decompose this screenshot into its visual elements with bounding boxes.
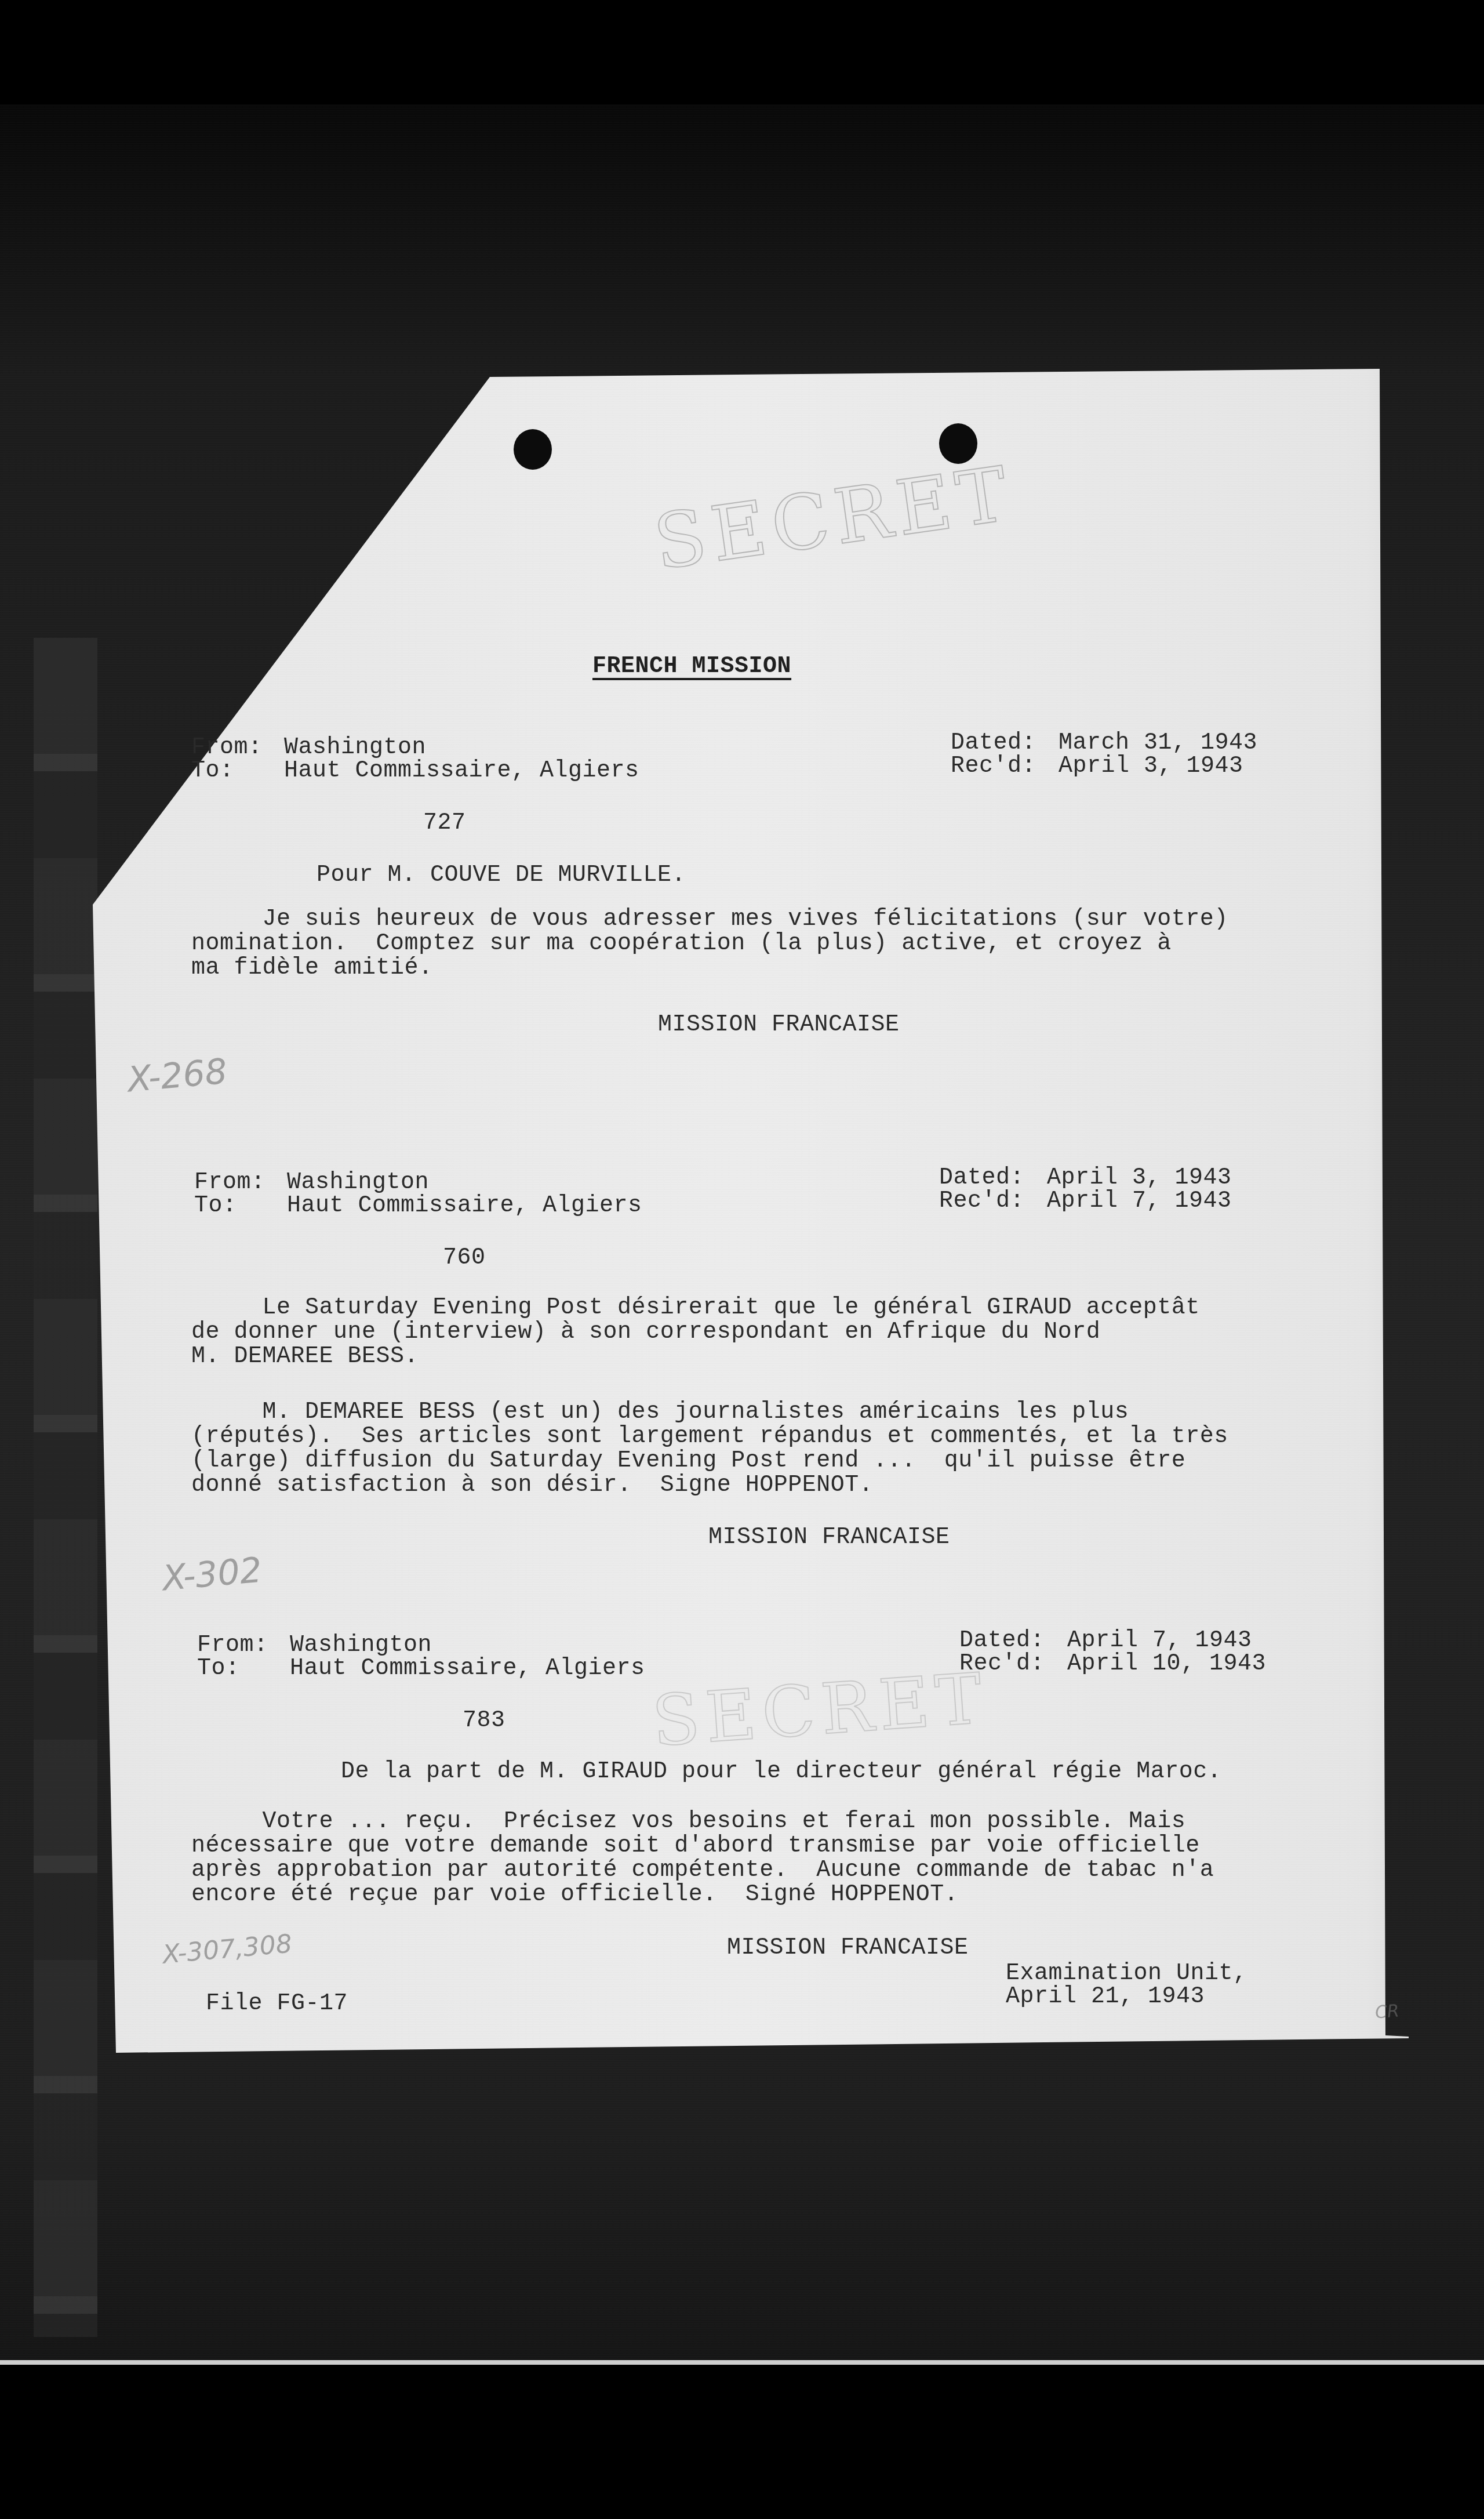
body-line: M. DEMAREE BESS. <box>191 1345 419 1369</box>
message-number: 783 <box>463 1709 505 1733</box>
body-line: Votre ... reçu. Précisez vos besoins et … <box>191 1810 1185 1834</box>
message-number: 760 <box>443 1247 486 1270</box>
recd-value: April 10, 1943 <box>1067 1653 1266 1676</box>
to-value: Haut Commissaire, Algiers <box>287 1195 642 1218</box>
from-label: From: <box>191 736 263 760</box>
dated-label: Dated: <box>951 732 1036 755</box>
dated-label: Dated: <box>959 1629 1045 1653</box>
dated-label: Dated: <box>939 1167 1024 1190</box>
from-value: Washington <box>290 1634 432 1657</box>
body-line: nécessaire que votre demande soit d'abor… <box>191 1835 1200 1858</box>
to-value: Haut Commissaire, Algiers <box>290 1657 645 1680</box>
dated-value: April 3, 1943 <box>1047 1167 1232 1190</box>
dated-value: March 31, 1943 <box>1059 732 1257 755</box>
examination-date: April 21, 1943 <box>1006 1986 1205 2009</box>
film-edge-strip <box>34 638 97 2337</box>
body-line: après approbation par autorité compétent… <box>191 1859 1214 1882</box>
body-line: donné satisfaction à son désir. Signe HO… <box>191 1474 873 1497</box>
body-line: de donner une (interview) à son correspo… <box>191 1321 1100 1344</box>
file-reference: File FG-17 <box>206 1992 348 2016</box>
to-label: To: <box>191 760 234 783</box>
body-line: (large) diffusion du Saturday Evening Po… <box>191 1450 1185 1473</box>
dated-value: April 7, 1943 <box>1067 1629 1252 1653</box>
body-line: Le Saturday Evening Post désirerait que … <box>191 1297 1200 1320</box>
film-bottom-border <box>0 2365 1484 2519</box>
body-line: Je suis heureux de vous adresser mes viv… <box>191 908 1228 931</box>
signature: MISSION FRANCAISE <box>708 1526 950 1549</box>
signature: MISSION FRANCAISE <box>658 1014 900 1037</box>
recd-value: April 7, 1943 <box>1047 1190 1232 1213</box>
body-line: ma fidèle amitié. <box>191 957 433 980</box>
body-line: encore été reçue par voie officielle. Si… <box>191 1883 958 1907</box>
recd-label: Rec'd: <box>959 1653 1045 1676</box>
to-label: To: <box>194 1195 237 1218</box>
document-title: FRENCH MISSION <box>592 655 791 678</box>
to-label: To: <box>197 1657 240 1680</box>
from-value: Washington <box>284 736 426 760</box>
recd-label: Rec'd: <box>939 1190 1024 1213</box>
corner-initials: CR <box>1374 2001 1401 2023</box>
punch-hole-left <box>514 429 552 470</box>
handwritten-ref: X-302 <box>161 1550 263 1599</box>
body-line: nomination. Comptez sur ma coopération (… <box>191 932 1172 956</box>
to-value: Haut Commissaire, Algiers <box>284 760 639 783</box>
from-label: From: <box>197 1634 268 1657</box>
salutation: Pour M. COUVE DE MURVILLE. <box>317 864 686 887</box>
message-number: 727 <box>423 812 466 835</box>
signature: MISSION FRANCAISE <box>727 1937 969 1960</box>
recd-label: Rec'd: <box>951 755 1036 778</box>
body-line: (réputés). Ses articles sont largement r… <box>191 1425 1228 1449</box>
film-bottom-edge <box>0 2360 1484 2365</box>
examination-unit: Examination Unit, <box>1006 1962 1247 1986</box>
handwritten-ref: X-268 <box>126 1051 228 1101</box>
salutation: De la part de M. GIRAUD pour le directeu… <box>341 1761 1221 1784</box>
film-top-border <box>0 0 1484 104</box>
from-value: Washington <box>287 1171 429 1195</box>
recd-value: April 3, 1943 <box>1059 755 1243 778</box>
body-line: M. DEMAREE BESS (est un) des journaliste… <box>191 1401 1129 1424</box>
from-label: From: <box>194 1171 265 1195</box>
